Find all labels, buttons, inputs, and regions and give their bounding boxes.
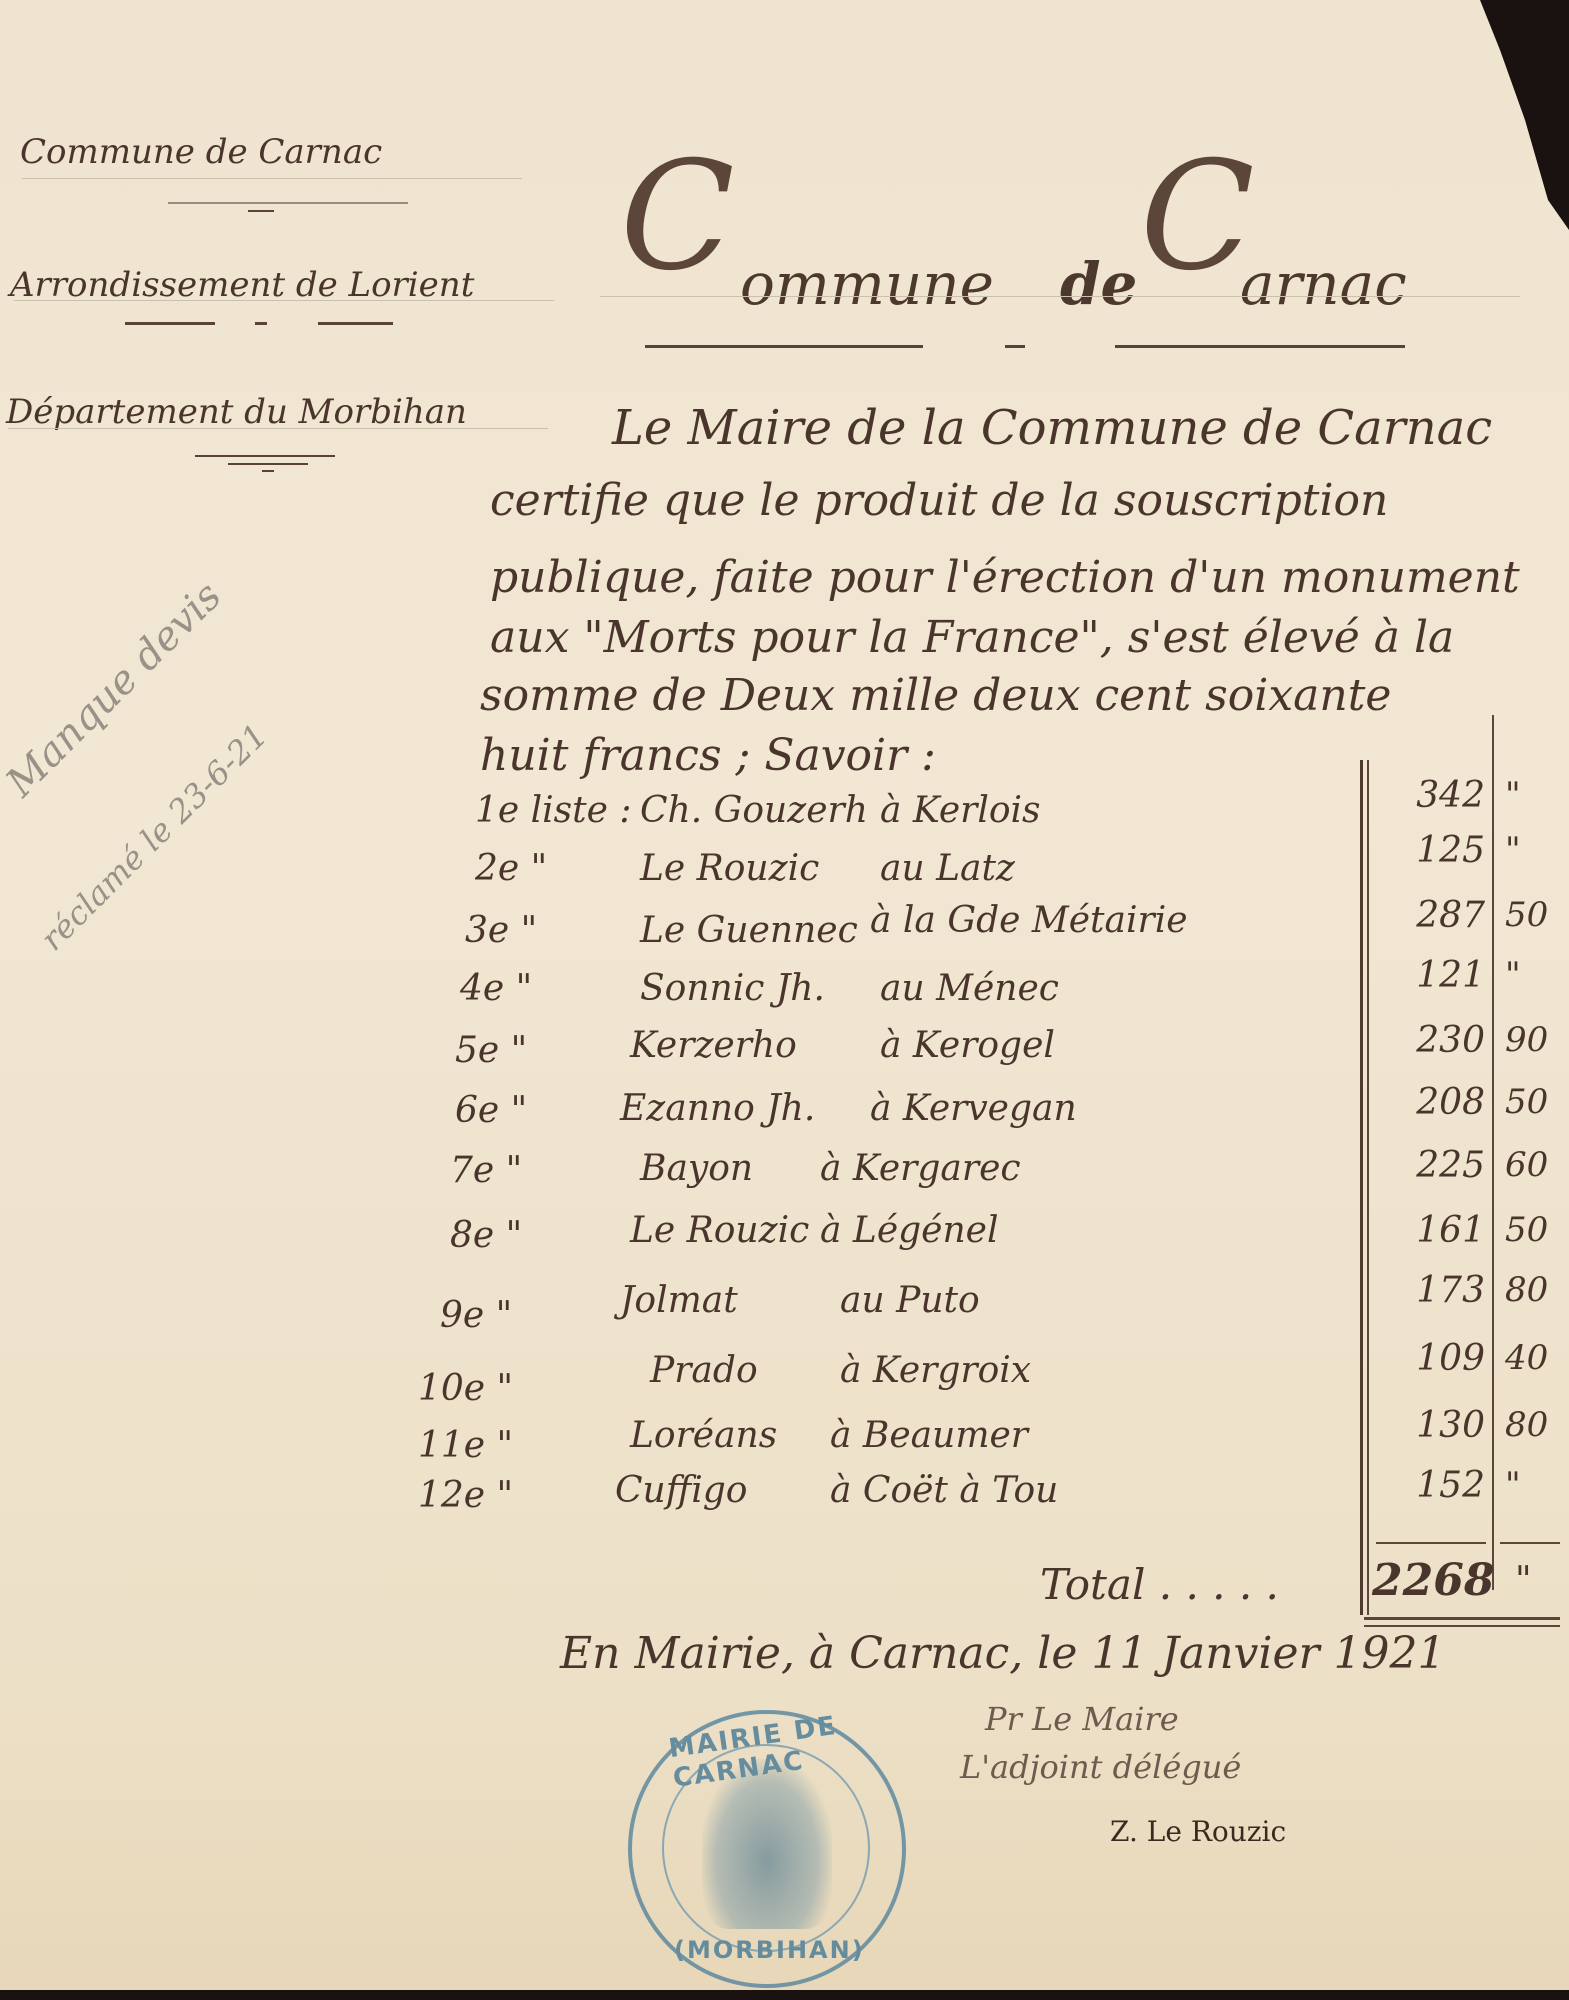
list-place: à Coët à Tou [830,1470,1058,1511]
list-centimes: " [1505,955,1565,995]
list-francs: 230 [1375,1020,1485,1061]
divider [318,322,393,325]
divider [645,345,923,348]
list-centimes: 50 [1505,895,1565,935]
list-collector: Kerzerho [630,1025,797,1066]
ledger-total-rule [1500,1542,1560,1544]
stamp-bottom-text: (MORBIHAN) [674,1936,865,1964]
list-collector: Le Rouzic [640,848,819,889]
list-francs: 208 [1375,1082,1485,1123]
list-number: 11e " [418,1425,513,1466]
list-centimes: 50 [1505,1210,1565,1250]
list-centimes: 80 [1505,1405,1565,1445]
rule-line [8,428,548,429]
list-francs: 130 [1375,1405,1485,1446]
body-line-4: aux "Morts pour la France", s'est élevé … [490,612,1454,663]
list-number: 1e liste : [475,790,632,831]
title-word-commune: ommune [740,250,994,318]
divider [125,322,215,325]
body-line-1: Le Maire de la Commune de Carnac [612,400,1492,456]
list-place: à Beaumer [830,1415,1028,1456]
list-francs: 287 [1375,895,1485,936]
list-collector: Cuffigo [615,1470,747,1511]
list-collector: Loréans [630,1415,777,1456]
list-centimes: 90 [1505,1020,1565,1060]
signature-line-2: L'adjoint délégué [960,1748,1241,1786]
divider [168,202,408,204]
left-header-arrondissement: Arrondissement de Lorient [10,265,474,305]
mairie-seal-stamp: MAIRIE DE CARNAC (MORBIHAN) [628,1710,906,1988]
body-line-6: huit francs ; Savoir : [480,730,936,781]
list-number: 6e " [455,1090,527,1131]
ledger-column-divider [1492,715,1494,1590]
list-number: 8e " [450,1215,522,1256]
list-collector: Jolmat [620,1280,738,1321]
list-place: à la Gde Métairie [870,900,1188,941]
list-place: à Kerlois [880,790,1041,831]
list-number: 3e " [465,910,537,951]
list-number: 4e " [460,968,532,1009]
title-initial-c: C [1140,130,1255,304]
list-number: 12e " [418,1475,513,1516]
divider [262,470,274,472]
place-date: En Mairie, à Carnac, le 11 Janvier 1921 [560,1628,1446,1679]
list-collector: Prado [650,1350,758,1391]
divider [1115,345,1405,348]
list-francs: 173 [1375,1270,1485,1311]
ledger-bottom-rule [1364,1617,1560,1620]
divider [255,322,267,325]
list-place: au Ménec [880,968,1059,1009]
list-centimes: " [1505,775,1565,815]
list-centimes: 50 [1505,1082,1565,1122]
list-number: 10e " [418,1368,513,1409]
list-place: au Latz [880,848,1015,889]
list-francs: 161 [1375,1210,1485,1251]
body-line-2: certifie que le produit de la souscripti… [490,475,1388,526]
total-centimes: " [1515,1560,1569,1601]
divider [228,463,308,465]
ledger-left-border [1360,760,1363,1615]
document-page: Commune de Carnac Arrondissement de Lori… [0,0,1569,1990]
list-collector: Bayon [640,1148,753,1189]
ledger-left-border-inner [1367,760,1369,1615]
list-collector: Ezanno Jh. [620,1088,815,1129]
list-centimes: " [1505,1465,1565,1505]
list-place: à Légénel [820,1210,998,1251]
list-francs: 125 [1375,830,1485,871]
signature: Z. Le Rouzic [1110,1815,1286,1848]
list-centimes: " [1505,830,1565,870]
divider [248,210,274,212]
list-francs: 225 [1375,1145,1485,1186]
title-word-carnac: arnac [1240,250,1407,318]
list-collector: Le Rouzic [630,1210,809,1251]
list-place: à Kergarec [820,1148,1021,1189]
rule-line [14,300,554,301]
ledger-total-rule [1376,1542,1486,1544]
list-collector: Sonnic Jh. [640,968,825,1009]
ledger-bottom-rule [1364,1625,1560,1627]
list-place: à Kerogel [880,1025,1055,1066]
divider [195,455,335,457]
list-number: 7e " [450,1150,522,1191]
rule-line [600,296,1520,297]
divider [1005,345,1025,348]
list-centimes: 80 [1505,1270,1565,1310]
title-initial-c: C [620,130,735,304]
list-centimes: 40 [1505,1338,1565,1378]
left-header-departement: Département du Morbihan [6,392,467,432]
list-francs: 342 [1375,775,1485,816]
list-francs: 109 [1375,1338,1485,1379]
list-collector: Ch. Gouzerh [640,790,868,831]
title-word-de: de [1060,250,1137,318]
list-collector: Le Guennec [640,910,858,951]
body-line-3: publique, faite pour l'érection d'un mon… [490,552,1520,603]
left-header-commune: Commune de Carnac [20,132,382,172]
total-label: Total . . . . . [1040,1560,1279,1609]
list-francs: 152 [1375,1465,1485,1506]
list-number: 9e " [440,1295,512,1336]
list-francs: 121 [1375,955,1485,996]
list-number: 5e " [455,1030,527,1071]
list-number: 2e " [475,848,547,889]
list-place: à Kervegan [870,1088,1077,1129]
list-centimes: 60 [1505,1145,1565,1185]
signature-line-1: Pr Le Maire [985,1700,1179,1738]
list-place: au Puto [840,1280,980,1321]
body-line-5: somme de Deux mille deux cent soixante [480,670,1391,721]
total-francs: 2268 [1372,1555,1482,1606]
list-place: à Kergroix [840,1350,1031,1391]
rule-line [22,178,522,179]
